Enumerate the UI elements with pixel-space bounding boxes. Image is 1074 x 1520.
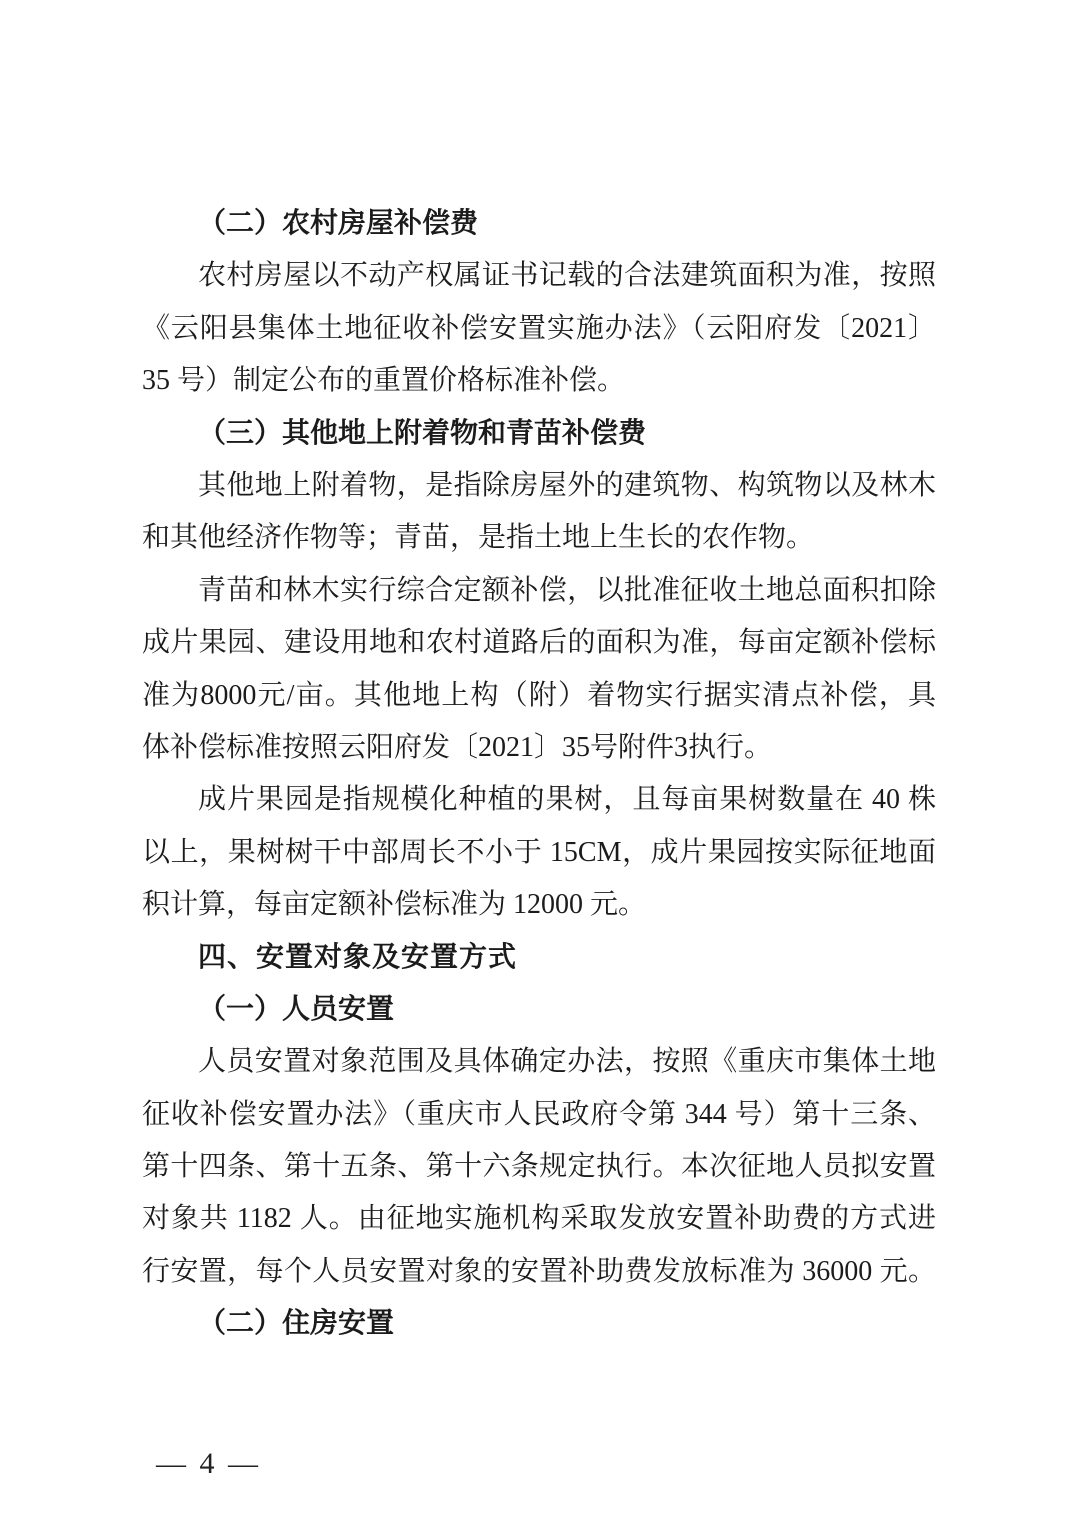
paragraph-line: 准为8000元/亩。其他地上构（附）着物实行据实清点补偿，具	[142, 670, 936, 722]
paragraph-line: 35 号）制定公布的重置价格标准补偿。	[142, 355, 936, 407]
paragraph-line: 和其他经济作物等；青苗，是指土地上生长的农作物。	[142, 512, 936, 564]
paragraph-line: 以上，果树树干中部周长不小于 15CM，成片果园按实际征地面	[142, 827, 936, 879]
heading-personnel-resettlement: （一）人员安置	[142, 984, 936, 1036]
paragraph-line: 积计算，每亩定额补偿标准为 12000 元。	[142, 879, 936, 931]
paragraph-line: 成片果园、建设用地和农村道路后的面积为准，每亩定额补偿标	[142, 617, 936, 669]
paragraph-line: 对象共 1182 人。由征地实施机构采取发放安置补助费的方式进	[142, 1193, 936, 1245]
heading-rural-housing-compensation: （二）农村房屋补偿费	[142, 198, 936, 250]
paragraph-line: 成片果园是指规模化种植的果树，且每亩果树数量在 40 株	[142, 774, 936, 826]
paragraph-line: 《云阳县集体土地征收补偿安置实施办法》（云阳府发〔2021〕	[142, 303, 936, 355]
paragraph-line: 人员安置对象范围及具体确定办法，按照《重庆市集体土地	[142, 1036, 936, 1088]
page-body: （二）农村房屋补偿费 农村房屋以不动产权属证书记载的合法建筑面积为准，按照 《云…	[142, 198, 936, 1351]
paragraph-line: 第十四条、第十五条、第十六条规定执行。本次征地人员拟安置	[142, 1141, 936, 1193]
paragraph-line: 行安置，每个人员安置对象的安置补助费发放标准为 36000 元。	[142, 1246, 936, 1298]
paragraph-line: 征收补偿安置办法》（重庆市人民政府令第 344 号）第十三条、	[142, 1089, 936, 1141]
page-number: — 4 —	[156, 1442, 261, 1486]
paragraph-line: 农村房屋以不动产权属证书记载的合法建筑面积为准，按照	[142, 250, 936, 302]
paragraph-line: 其他地上附着物，是指除房屋外的建筑物、构筑物以及林木	[142, 460, 936, 512]
chapter-heading-resettlement: 四、安置对象及安置方式	[142, 931, 936, 983]
heading-housing-resettlement: （二）住房安置	[142, 1298, 936, 1350]
heading-attachments-crops-compensation: （三）其他地上附着物和青苗补偿费	[142, 408, 936, 460]
paragraph-line: 体补偿标准按照云阳府发〔2021〕35号附件3执行。	[142, 722, 936, 774]
document-page: （二）农村房屋补偿费 农村房屋以不动产权属证书记载的合法建筑面积为准，按照 《云…	[0, 0, 1074, 1520]
paragraph-line: 青苗和林木实行综合定额补偿，以批准征收土地总面积扣除	[142, 565, 936, 617]
